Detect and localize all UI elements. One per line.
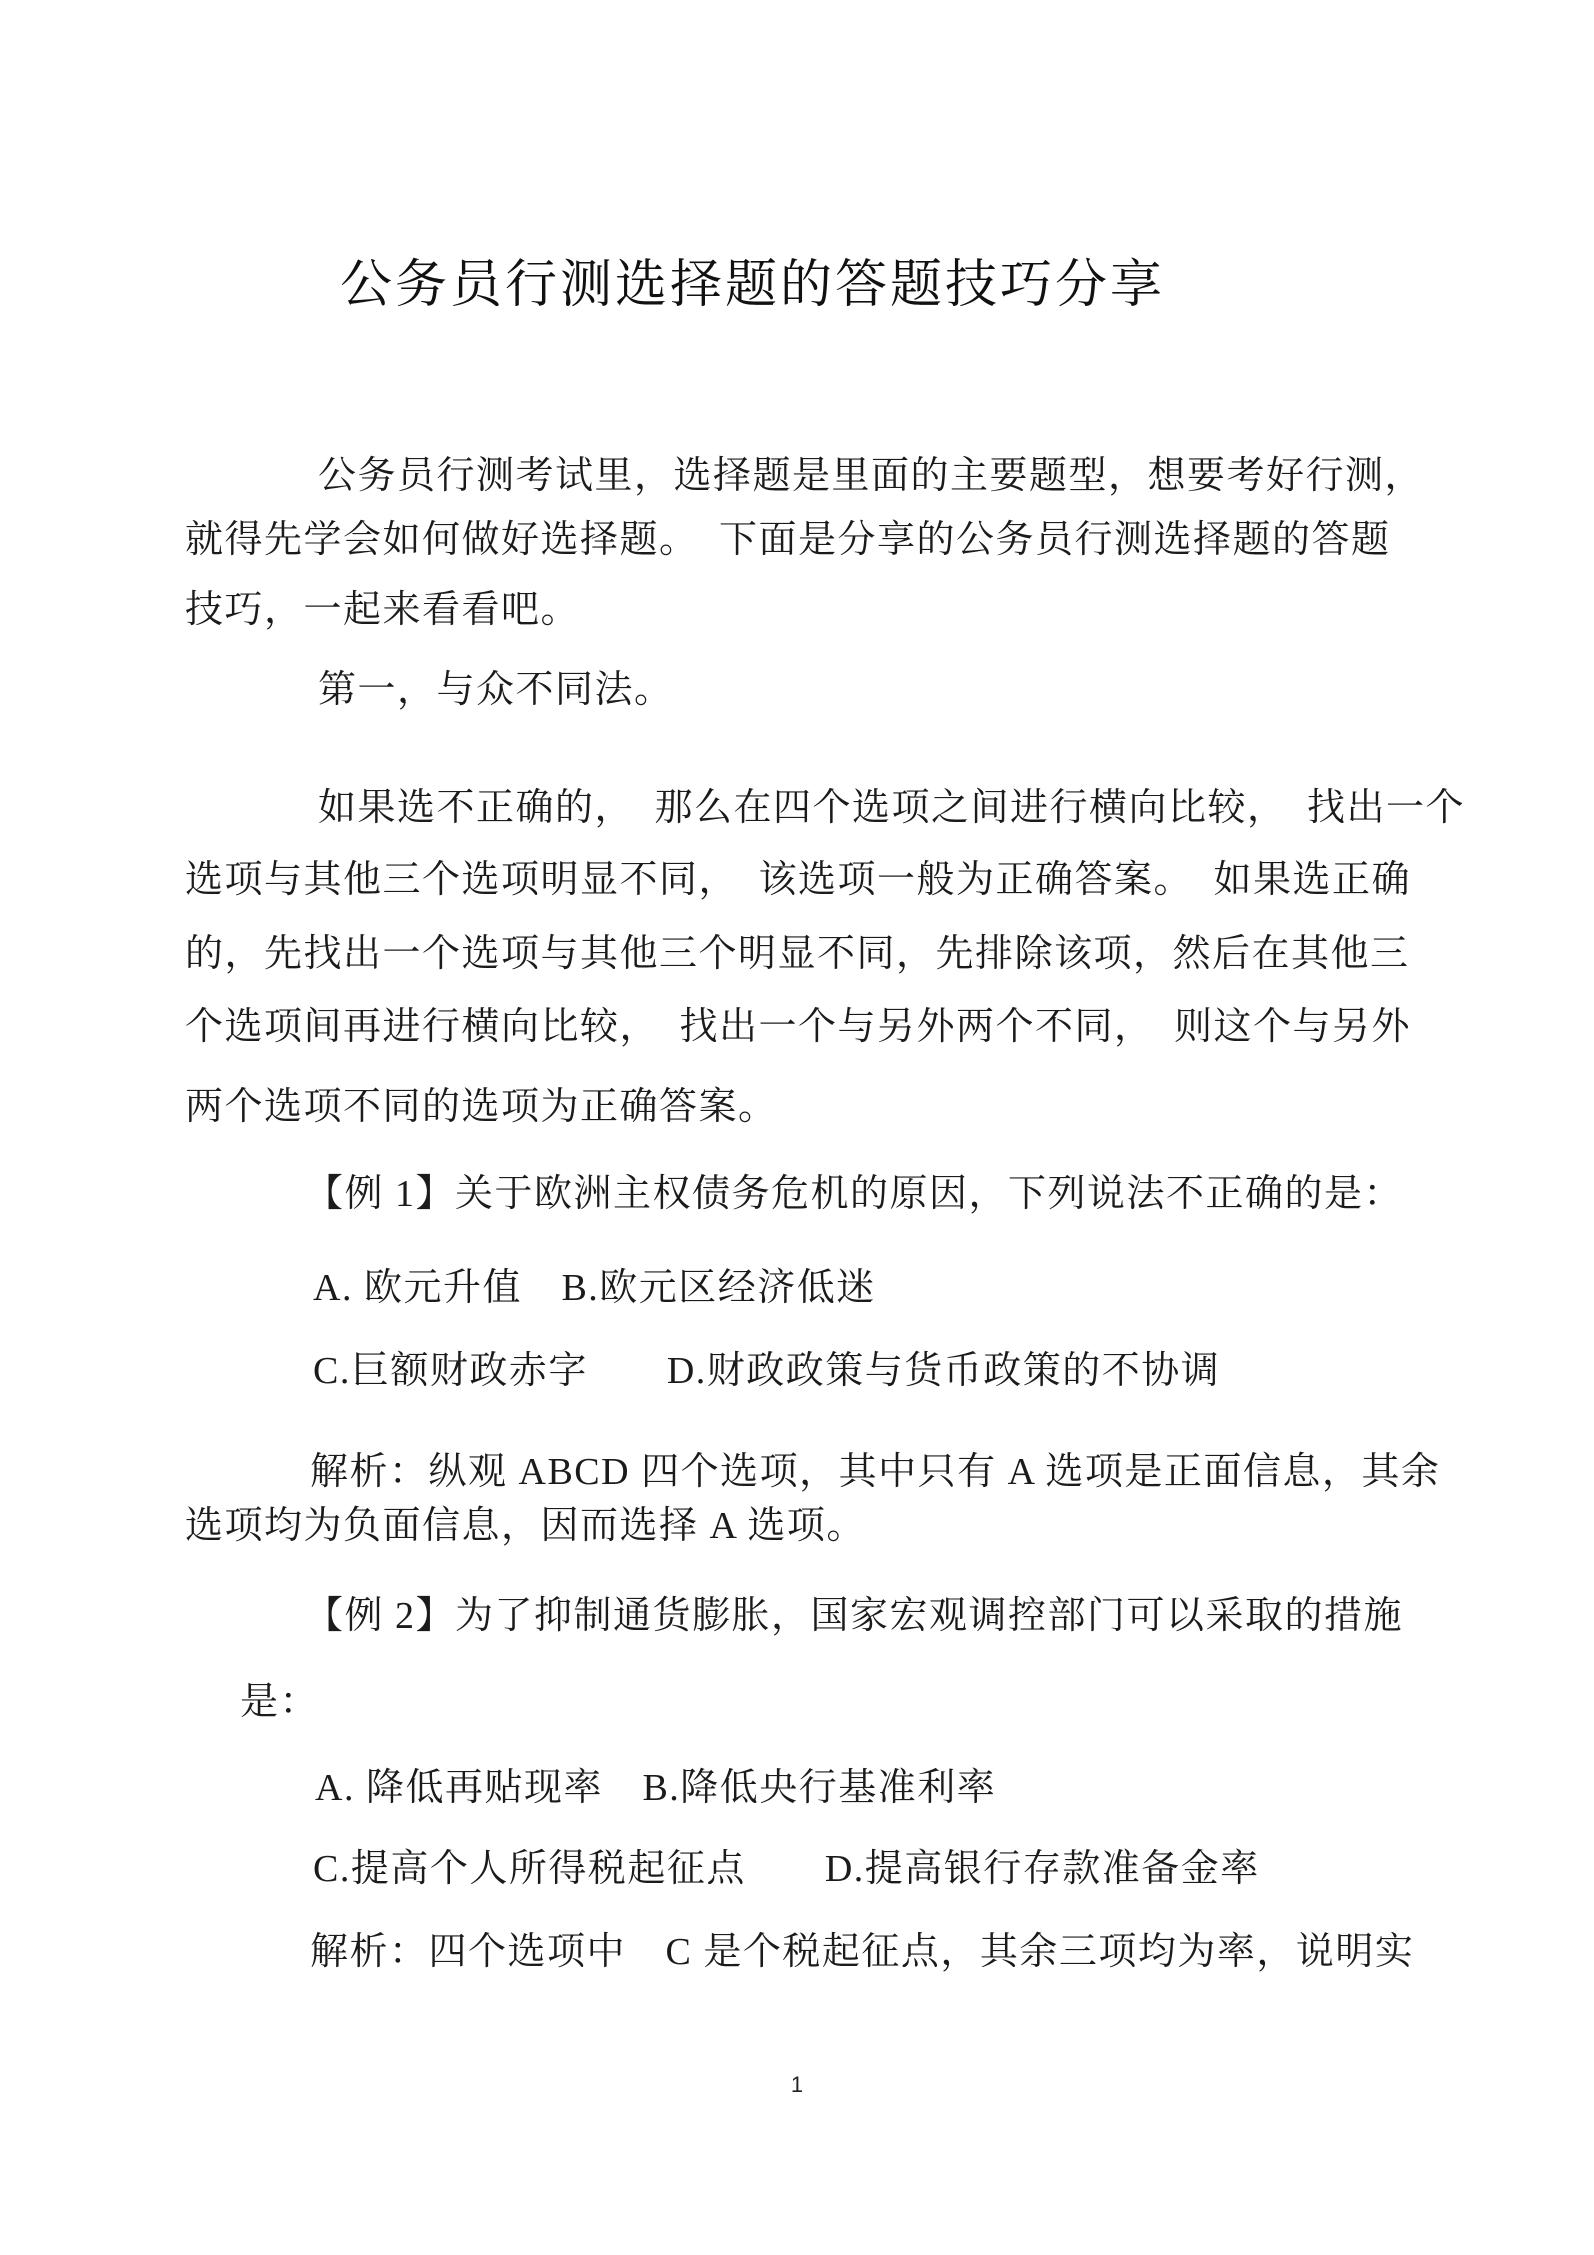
text-line example-2-question: 【例 2】为了抑制通货膨胀，国家宏观调控部门可以采取的措施 bbox=[305, 1595, 1403, 1639]
text-line: 如果选不正确的， 那么在四个选项之间进行横向比较， 找出一个 bbox=[318, 787, 1465, 831]
text-line example-1-question: 【例 1】关于欧洲主权债务危机的原因，下列说法不正确的是： bbox=[305, 1173, 1403, 1217]
text-line example-2-options-ab: A. 降低再贴现率 B.降低央行基准利率 bbox=[315, 1767, 996, 1811]
text-line: 个选项间再进行横向比较， 找出一个与另外两个不同， 则这个与另外 bbox=[185, 1006, 1411, 1050]
document-title: 公务员行测选择题的答题技巧分享 bbox=[340, 242, 1165, 317]
text-line: 两个选项不同的选项为正确答案。 bbox=[185, 1086, 778, 1130]
text-line: 选项与其他三个选项明显不同， 该选项一般为正确答案。 如果选正确 bbox=[185, 859, 1411, 903]
text-line: 是： bbox=[240, 1681, 319, 1725]
text-line: 选项均为负面信息，因而选择 A 选项。 bbox=[185, 1505, 866, 1549]
text-line example-2-options-cd: C.提高个人所得税起征点 D.提高银行存款准备金率 bbox=[313, 1848, 1260, 1892]
text-line example-1-analysis: 解析：纵观 ABCD 四个选项，其中只有 A 选项是正面信息，其余 bbox=[310, 1451, 1440, 1495]
text-line example-1-options-ab: A. 欧元升值 B.欧元区经济低迷 bbox=[313, 1267, 876, 1311]
text-line section-heading: 第一，与众不同法。 bbox=[318, 669, 674, 713]
text-line: 的，先找出一个选项与其他三个明显不同，先排除该项，然后在其他三 bbox=[185, 933, 1410, 977]
text-line example-1-options-cd: C.巨额财政赤字 D.财政政策与货币政策的不协调 bbox=[313, 1350, 1220, 1394]
text-line: 就得先学会如何做好选择题。 下面是分享的公务员行测选择题的答题 bbox=[185, 519, 1391, 563]
document-page: 公务员行测选择题的答题技巧分享 公务员行测考试里，选择题是里面的主要题型，想要考… bbox=[0, 0, 1594, 2255]
page-number: 1 bbox=[0, 2072, 1594, 2098]
text-line example-2-analysis: 解析：四个选项中 C 是个税起征点，其余三项均为率，说明实 bbox=[310, 1931, 1414, 1975]
text-line: 技巧，一起来看看吧。 bbox=[185, 589, 580, 633]
text-line: 公务员行测考试里，选择题是里面的主要题型，想要考好行测， bbox=[318, 455, 1424, 499]
